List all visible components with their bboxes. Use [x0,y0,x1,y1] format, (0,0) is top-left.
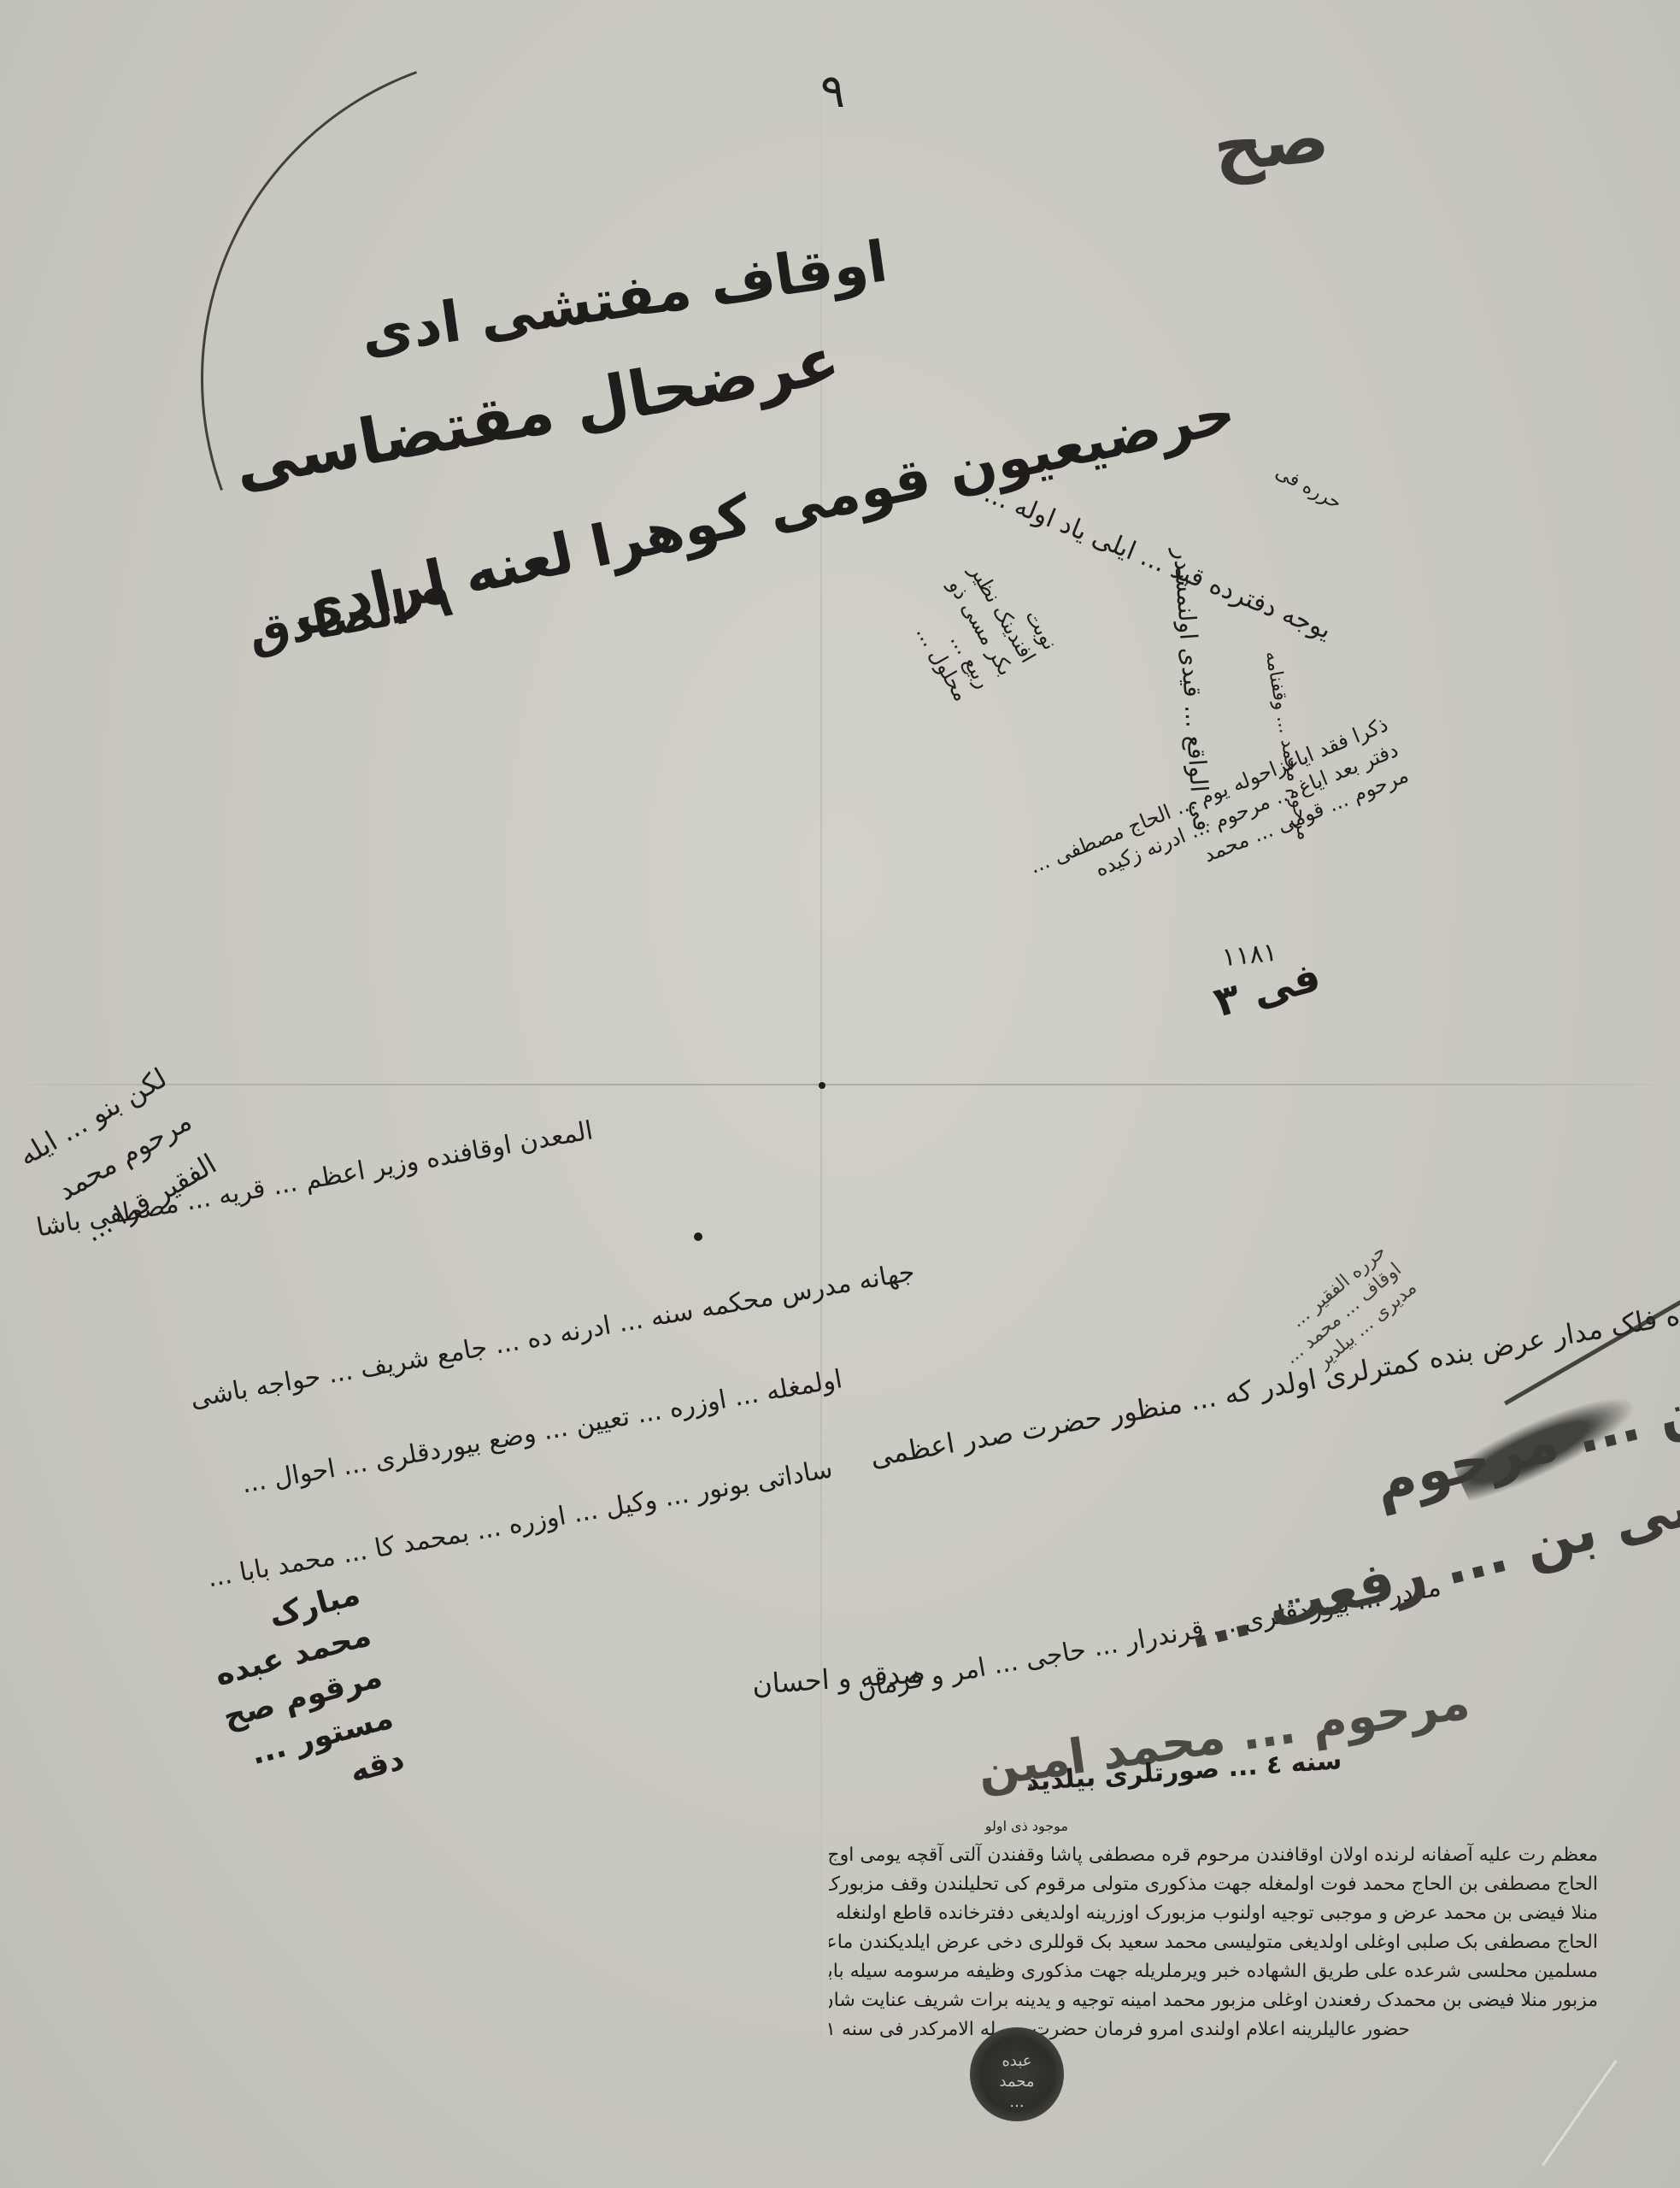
bottom-line: مزبور منلا فیضی بن محمدک رفعندن اوغلی مز… [829,1986,1598,2015]
bottom-text-block: موجود ذی اولو معظم رت علیه آصفانه لرنده … [829,1812,1598,2044]
ink-dot [694,1232,702,1241]
sahh-validation-mark: صح [1210,97,1332,186]
horizontal-fold-line [0,1084,1680,1085]
bottom-heading: موجود ذی اولو [829,1812,1598,1841]
page-number: ٩ [820,64,845,118]
bottom-line-final: حضور عالیلرینه اعلام اولندی امرو فرمان ح… [829,2015,1598,2044]
seal-line: عبده [983,2051,1051,2072]
bottom-line: مسلمین محلسی شرعده علی طریق الشهاده خبر … [829,1957,1598,1986]
seal-line: ... [983,2092,1051,2113]
bottom-line: الحاج مصطفی بن الحاج محمد فوت اولمغله جه… [829,1870,1598,1899]
bottom-line: الحاج مصطفی بک صلبی اوغلی اولدیغی متولیس… [829,1928,1598,1957]
seal-inscription: عبده محمد ... [983,2051,1051,2113]
bottom-line: معظم رت علیه آصفانه لرنده اولان اوقافندن… [829,1841,1598,1870]
bottom-line: منلا فیضی بن محمد عرض و موجبی توجیه اولن… [829,1899,1598,1928]
seal-line: محمد [983,2072,1051,2092]
fold-ink-dot [819,1082,825,1089]
